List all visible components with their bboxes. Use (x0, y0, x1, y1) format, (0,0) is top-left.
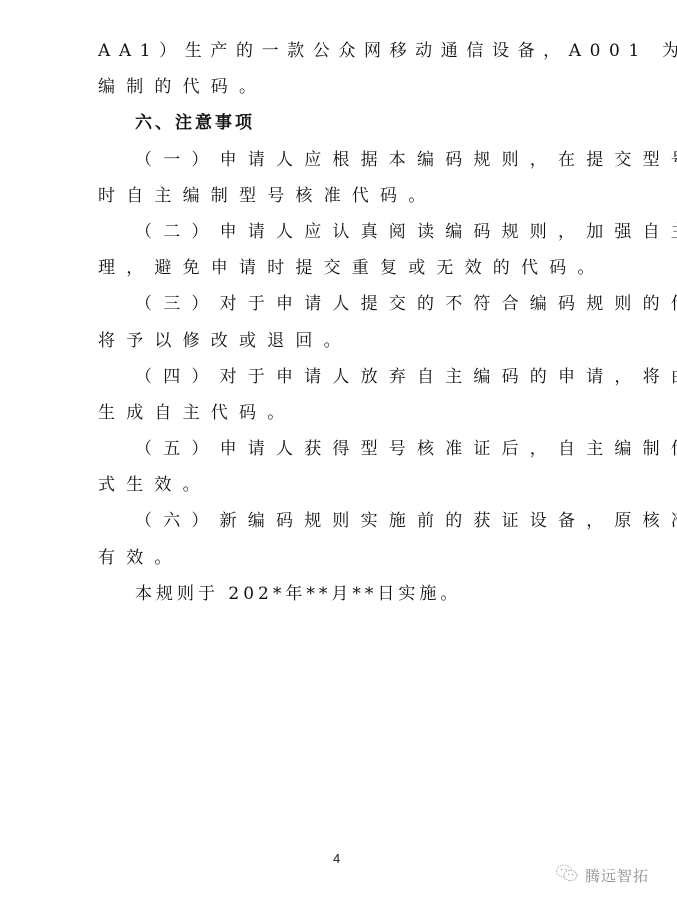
list-item-2-line-1: （二）申请人应认真阅读编码规则，加强自主代码管 (98, 214, 584, 250)
list-item-4-line-1: （四）对于申请人放弃自主编码的申请，将由系统随机 (98, 359, 584, 395)
document-page: AA1）生产的一款公众网移动通信设备，A001 为该企业自主 编制的代码。 六、… (0, 0, 677, 911)
list-item-5-line-1: （五）申请人获得型号核准证后，自主编制代码方可正 (98, 431, 584, 467)
list-item-6-line-1: （六）新编码规则实施前的获证设备，原核准代码继续 (98, 503, 584, 539)
list-item-6-line-2: 有效。 (98, 540, 584, 576)
wechat-icon (555, 863, 579, 887)
watermark-text: 腾远智拓 (585, 865, 649, 886)
paragraph-line: AA1）生产的一款公众网移动通信设备，A001 为该企业自主 (98, 33, 584, 69)
list-item-1-line-2: 时自主编制型号核准代码。 (98, 178, 584, 214)
list-item-2-line-2: 理，避免申请时提交重复或无效的代码。 (98, 250, 584, 286)
list-item-1-line-1: （一）申请人应根据本编码规则，在提交型号核准申请 (98, 142, 584, 178)
list-item-3-line-1: （三）对于申请人提交的不符合编码规则的代码，我部 (98, 286, 584, 322)
list-item-5-line-2: 式生效。 (98, 467, 584, 503)
list-item-3-line-2: 将予以修改或退回。 (98, 323, 584, 359)
watermark: 腾远智拓 (555, 863, 649, 887)
page-number: 4 (333, 851, 340, 866)
section-heading: 六、注意事项 (98, 105, 584, 141)
effective-date-line: 本规则于 202*年**月**日实施。 (98, 576, 584, 612)
paragraph-line: 编制的代码。 (98, 69, 584, 105)
list-item-4-line-2: 生成自主代码。 (98, 395, 584, 431)
document-body: AA1）生产的一款公众网移动通信设备，A001 为该企业自主 编制的代码。 六、… (98, 33, 584, 612)
